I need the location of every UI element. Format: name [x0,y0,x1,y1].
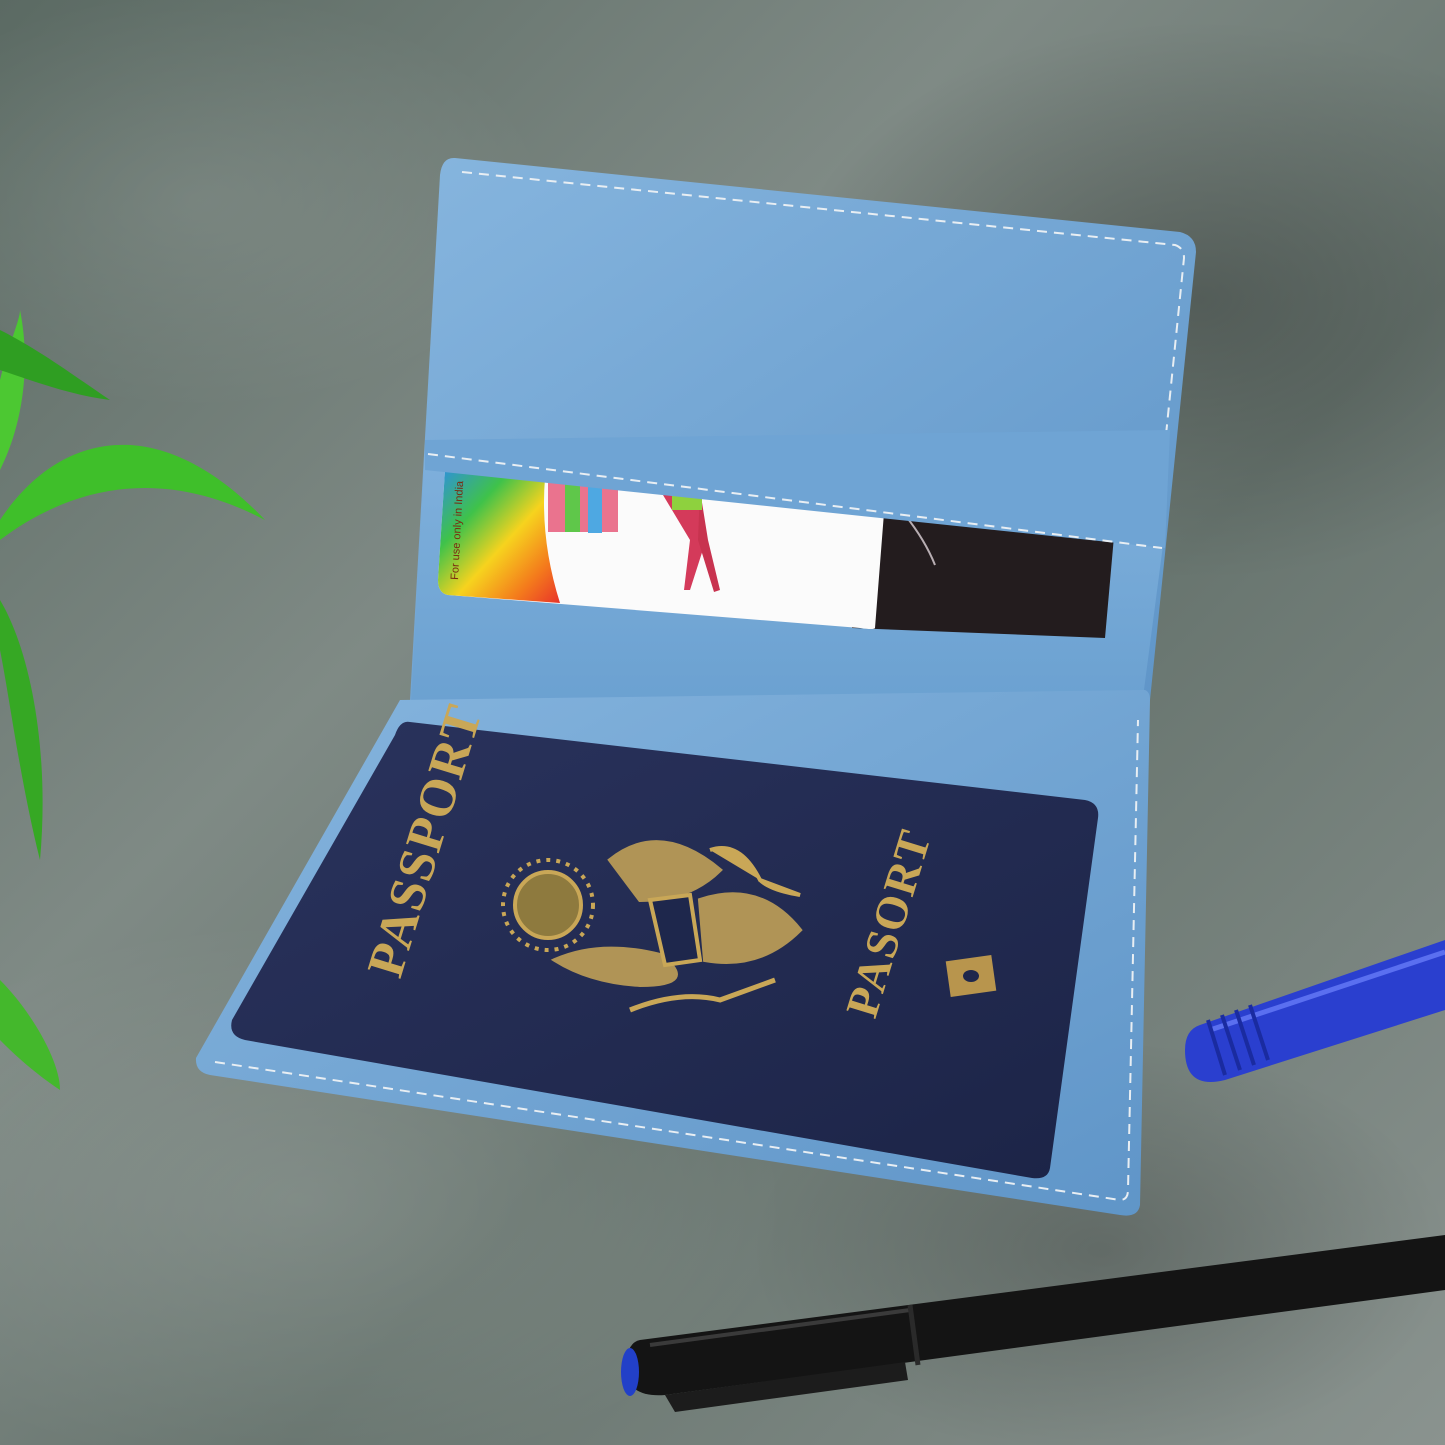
product-photo: For use only in India PASSPORT PASORT [0,0,1445,1445]
holder-back-panel: For use only in India [410,158,1196,720]
plant-leaves [0,310,265,1090]
black-pen [621,1235,1445,1412]
blue-pen-cap [1185,940,1445,1082]
e-passport-chip-icon [946,955,997,997]
